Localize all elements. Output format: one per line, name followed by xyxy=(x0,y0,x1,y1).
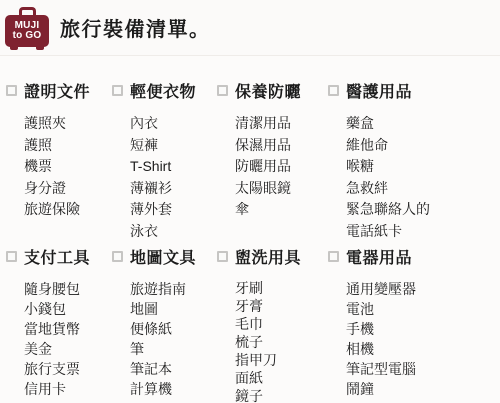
checklist-item: 小錢包 xyxy=(24,299,112,319)
checklist-item: 筆記本 xyxy=(130,359,217,379)
page-title: 旅行裝備清單。 xyxy=(60,13,211,42)
category-header: 輕便衣物 xyxy=(112,79,217,102)
checklist-item: 藥盒 xyxy=(346,113,434,135)
category-title: 輕便衣物 xyxy=(130,79,196,102)
checklist-item: 鏡子 xyxy=(235,387,323,403)
checklist-item: 短褲 xyxy=(130,135,217,157)
empty-checkbox-icon[interactable] xyxy=(112,251,123,262)
empty-checkbox-icon[interactable] xyxy=(112,85,123,96)
category-title: 醫護用品 xyxy=(346,79,412,102)
empty-checkbox-icon[interactable] xyxy=(6,251,17,262)
checklist-item: 毛巾 xyxy=(235,315,323,333)
category-title: 盥洗用具 xyxy=(235,245,301,268)
logo-text-line2: to GO xyxy=(13,31,42,42)
checklist-item: 面紙 xyxy=(235,369,323,387)
checklist-item: 身分證 xyxy=(24,178,112,200)
checklist-item: 保濕用品 xyxy=(235,135,323,157)
checklist-item: 梳子 xyxy=(235,333,323,351)
checklist-item: 當地貨幣 xyxy=(24,319,112,339)
checklist-item: 薄襯衫 xyxy=(130,178,217,200)
checklist-item: 內衣 xyxy=(130,113,217,135)
category-item-list: 護照夾護照機票身分證旅遊保險 xyxy=(24,113,112,221)
checklist-item: 太陽眼鏡 xyxy=(235,178,323,200)
page-header: MUJI to GO 旅行裝備清單。 xyxy=(0,0,500,56)
empty-checkbox-icon[interactable] xyxy=(6,85,17,96)
checklist-item: 電池 xyxy=(346,299,434,319)
checklist-item: 旅行支票 xyxy=(24,359,112,379)
category-header: 證明文件 xyxy=(6,79,112,102)
checklist-item: 旅遊指南 xyxy=(130,279,217,299)
checklist-item: 牙刷 xyxy=(235,279,323,297)
checklist-item: 傘 xyxy=(235,199,323,221)
category-block: 醫護用品 藥盒維他命喉糖急救絆緊急聯絡人的電話紙卡 xyxy=(328,79,500,245)
category-item-list: 隨身腰包小錢包當地貨幣美金旅行支票信用卡 xyxy=(24,279,112,399)
category-item-list: 通用變壓器電池手機相機筆記型電腦鬧鐘 xyxy=(346,279,434,399)
category-block: 盥洗用具 牙刷牙膏毛巾梳子指甲刀面紙鏡子 xyxy=(217,245,328,403)
checklist-item: 薄外套 xyxy=(130,199,217,221)
checklist-item: 防曬用品 xyxy=(235,156,323,178)
checklist-item: T-Shirt xyxy=(130,156,217,178)
category-title: 證明文件 xyxy=(24,79,90,102)
empty-checkbox-icon[interactable] xyxy=(328,85,339,96)
checklist-item: 地圖 xyxy=(130,299,217,319)
checklist-item: 護照 xyxy=(24,135,112,157)
muji-to-go-logo: MUJI to GO xyxy=(5,7,49,50)
checklist-item: 泳衣 xyxy=(130,221,217,243)
checklist-item: 相機 xyxy=(346,339,434,359)
suitcase-body-icon: MUJI to GO xyxy=(5,15,49,47)
checklist-item: 信用卡 xyxy=(24,379,112,399)
checklist-item: 美金 xyxy=(24,339,112,359)
checklist-item: 筆 xyxy=(130,339,217,359)
checklist-item: 指甲刀 xyxy=(235,351,323,369)
checklist-item: 筆記型電腦 xyxy=(346,359,434,379)
checklist-item: 喉糖 xyxy=(346,156,434,178)
checklist-item: 計算機 xyxy=(130,379,217,399)
category-header: 盥洗用具 xyxy=(217,245,328,268)
checklist-item: 牙膏 xyxy=(235,297,323,315)
checklist-item: 機票 xyxy=(24,156,112,178)
category-block: 地圖文具 旅遊指南地圖便條紙筆筆記本計算機 xyxy=(112,245,217,403)
category-item-list: 旅遊指南地圖便條紙筆筆記本計算機 xyxy=(130,279,217,399)
checklist-item: 護照夾 xyxy=(24,113,112,135)
checklist-item: 鬧鐘 xyxy=(346,379,434,399)
empty-checkbox-icon[interactable] xyxy=(217,85,228,96)
category-header: 醫護用品 xyxy=(328,79,500,102)
checklist-item: 便條紙 xyxy=(130,319,217,339)
checklist-item: 維他命 xyxy=(346,135,434,157)
category-block: 支付工具 隨身腰包小錢包當地貨幣美金旅行支票信用卡 xyxy=(6,245,112,403)
category-block: 保養防曬 清潔用品保濕用品防曬用品太陽眼鏡傘 xyxy=(217,79,328,245)
checklist-item: 通用變壓器 xyxy=(346,279,434,299)
category-title: 保養防曬 xyxy=(235,79,301,102)
checklist-item: 急救絆 xyxy=(346,178,434,200)
category-block: 輕便衣物 內衣短褲T-Shirt薄襯衫薄外套泳衣 xyxy=(112,79,217,245)
category-header: 保養防曬 xyxy=(217,79,328,102)
category-header: 地圖文具 xyxy=(112,245,217,268)
category-title: 地圖文具 xyxy=(130,245,196,268)
category-header: 支付工具 xyxy=(6,245,112,268)
checklist-row-2: 支付工具 隨身腰包小錢包當地貨幣美金旅行支票信用卡 地圖文具 旅遊指南地圖便條紙… xyxy=(0,245,500,403)
category-header: 電器用品 xyxy=(328,245,500,268)
category-block: 電器用品 通用變壓器電池手機相機筆記型電腦鬧鐘 xyxy=(328,245,500,403)
suitcase-feet-icon xyxy=(5,46,49,50)
category-item-list: 牙刷牙膏毛巾梳子指甲刀面紙鏡子 xyxy=(235,279,323,403)
category-item-list: 內衣短褲T-Shirt薄襯衫薄外套泳衣 xyxy=(130,113,217,242)
checklist-item: 清潔用品 xyxy=(235,113,323,135)
checklist-row-1: 證明文件 護照夾護照機票身分證旅遊保險 輕便衣物 內衣短褲T-Shirt薄襯衫薄… xyxy=(0,79,500,245)
checklist-item: 旅遊保險 xyxy=(24,199,112,221)
category-item-list: 藥盒維他命喉糖急救絆緊急聯絡人的電話紙卡 xyxy=(346,113,434,242)
category-block: 證明文件 護照夾護照機票身分證旅遊保險 xyxy=(6,79,112,245)
category-title: 電器用品 xyxy=(346,245,412,268)
empty-checkbox-icon[interactable] xyxy=(328,251,339,262)
category-title: 支付工具 xyxy=(24,245,90,268)
empty-checkbox-icon[interactable] xyxy=(217,251,228,262)
checklist-item: 緊急聯絡人的電話紙卡 xyxy=(346,199,434,242)
checklist-item: 隨身腰包 xyxy=(24,279,112,299)
checklist-item: 手機 xyxy=(346,319,434,339)
category-item-list: 清潔用品保濕用品防曬用品太陽眼鏡傘 xyxy=(235,113,323,221)
